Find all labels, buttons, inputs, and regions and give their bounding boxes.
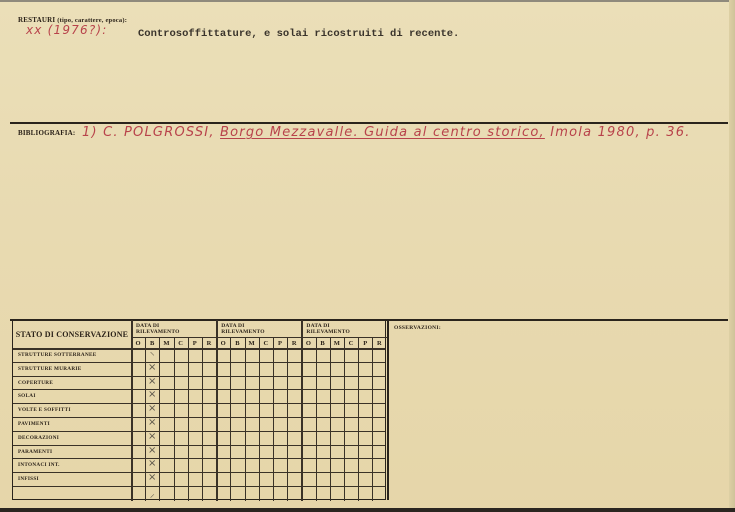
row-label: PAVIMENTI (18, 421, 50, 427)
column-header-b: B (145, 340, 159, 347)
row-divider (13, 417, 385, 418)
column-header-c: C (344, 340, 358, 347)
row-divider (13, 403, 385, 404)
check-mark[interactable]: × (145, 431, 159, 442)
row-divider (13, 458, 385, 459)
stato-title: STATO DI CONSERVAZIONE (13, 320, 131, 348)
check-mark[interactable]: × (145, 417, 159, 428)
check-mark[interactable]: × (145, 389, 159, 400)
date-rilevamento-header: DATA DIRILEVAMENTO (221, 323, 265, 335)
row-divider (13, 486, 385, 487)
divider-bibliografia (10, 122, 728, 124)
column-header-b: B (316, 340, 330, 347)
row-label: STRUTTURE SOTTERRANEE (18, 352, 97, 358)
column-header-r: R (202, 340, 216, 347)
bibliografia-title: Borgo Mezzavalle. Guida al centro storic… (220, 125, 545, 140)
row-divider (13, 472, 385, 473)
column-header-o: O (301, 340, 315, 347)
row-label: INFISSI (18, 476, 39, 482)
row-label: COPERTURE (18, 380, 53, 386)
row-label: PARAMENTI (18, 449, 52, 455)
column-header-m: M (159, 340, 173, 347)
check-mark[interactable]: ⸌ (145, 348, 159, 362)
check-mark[interactable]: × (145, 445, 159, 456)
column-header-p: P (273, 340, 287, 347)
card-right-edge (729, 0, 735, 512)
restauri-typed-text: Controsoffittature, e solai ricostruiti … (138, 28, 459, 40)
check-mark[interactable]: ⸝ (145, 486, 159, 500)
osservazioni-label: OSSERVAZIONI: (394, 325, 441, 331)
restauri-handwritten-date: xx (1976?): (26, 23, 108, 37)
column-header-m: M (330, 340, 344, 347)
check-mark[interactable]: × (145, 376, 159, 387)
bibliografia-entry: 1) C. POLGROSSI, Borgo Mezzavalle. Guida… (82, 125, 691, 140)
check-mark[interactable]: × (145, 403, 159, 414)
row-divider (13, 431, 385, 432)
check-mark[interactable]: × (145, 362, 159, 373)
bibliografia-author: 1) C. POLGROSSI, (82, 125, 215, 140)
column-header-c: C (174, 340, 188, 347)
column-header-p: P (358, 340, 372, 347)
group-divider (216, 320, 218, 501)
stato-conservazione-table: STATO DI CONSERVAZIONE DATA DIRILEVAMENT… (12, 319, 386, 500)
card-bottom-edge (0, 508, 735, 512)
row-label: SOLAI (18, 393, 36, 399)
date-rilevamento-header: DATA DIRILEVAMENTO (306, 323, 350, 335)
row-divider (13, 376, 385, 377)
row-divider (13, 389, 385, 390)
column-header-r: R (372, 340, 386, 347)
column-header-c: C (259, 340, 273, 347)
column-header-p: P (188, 340, 202, 347)
column-header-m: M (245, 340, 259, 347)
column-header-o: O (131, 340, 145, 347)
group-divider (301, 320, 303, 501)
column-header-b: B (230, 340, 244, 347)
bibliografia-publication: Imola 1980, p. 36. (550, 125, 690, 140)
row-divider (13, 362, 385, 363)
column-header-o: O (216, 340, 230, 347)
row-label: INTONACI INT. (18, 462, 60, 468)
row-divider (13, 445, 385, 446)
card-top-edge (0, 0, 735, 2)
date-rilevamento-header: DATA DIRILEVAMENTO (136, 323, 180, 335)
column-header-r: R (287, 340, 301, 347)
bibliografia-label: BIBLIOGRAFIA: (18, 129, 75, 137)
row-label: DECORAZIONI (18, 435, 59, 441)
check-mark[interactable]: × (145, 458, 159, 469)
row-label: VOLTE E SOFFITTI (18, 407, 71, 413)
osservazioni-divider (387, 320, 389, 500)
check-mark[interactable]: × (145, 472, 159, 483)
row-label: STRUTTURE MURARIE (18, 366, 81, 372)
record-card: RESTAURI (tipo, carattere, epoca): xx (1… (0, 0, 735, 512)
